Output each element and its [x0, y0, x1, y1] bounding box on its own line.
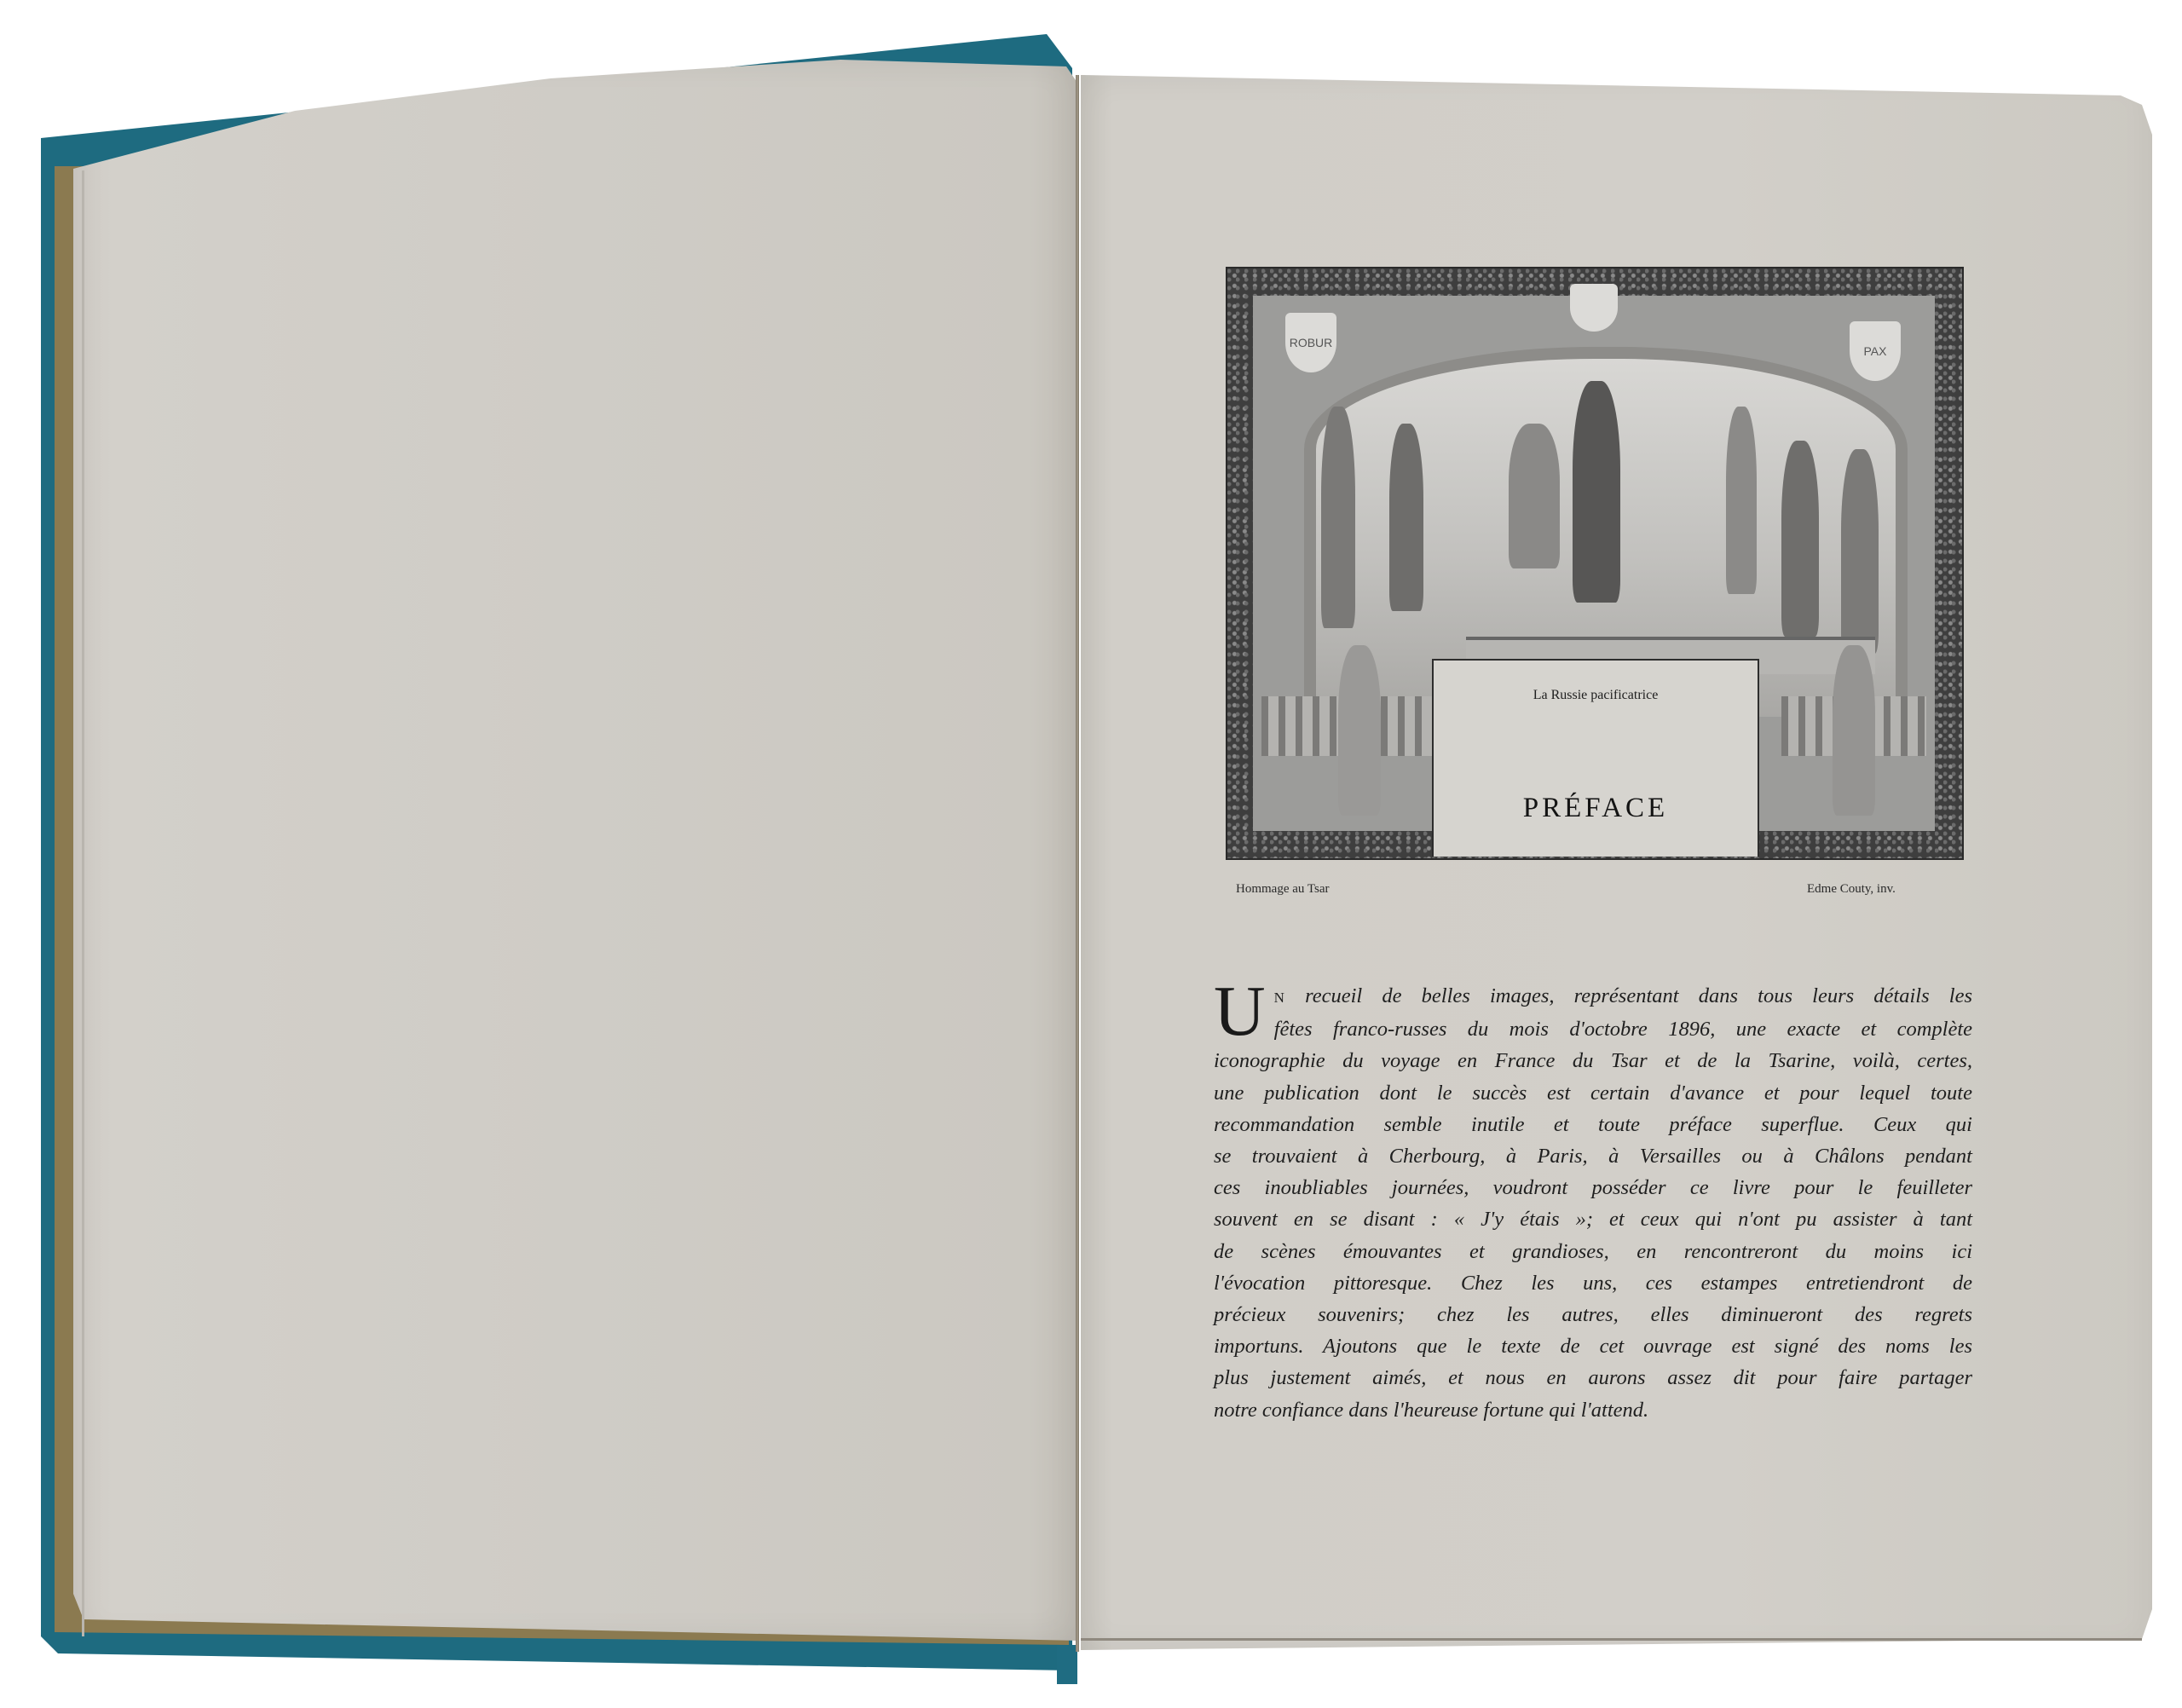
- left-page-edge: [82, 170, 84, 1636]
- illustration-caption: Hommage au Tsar: [1236, 882, 1329, 897]
- russia-figure: [1573, 381, 1620, 603]
- drop-cap: U: [1214, 982, 1266, 1042]
- crest-shield: [1570, 284, 1618, 332]
- text-line: importuns. Ajoutons que le texte de cet …: [1214, 1330, 1972, 1362]
- text-line: plus justement aimés, et nous en aurons …: [1214, 1362, 1972, 1394]
- shield-left: ROBUR: [1285, 313, 1336, 372]
- seated-figure: [1509, 424, 1560, 568]
- text-line: recommandation semble inutile et toute p…: [1214, 1109, 1972, 1140]
- right-page-deckled-edge: [1081, 1638, 2142, 1641]
- cartouche-subtitle: La Russie pacificatrice: [1434, 688, 1758, 703]
- book-gutter: [1076, 75, 1079, 1652]
- cherub-right: [1726, 407, 1757, 594]
- preface-text: U N recueil de belles images, représenta…: [1214, 980, 1972, 1426]
- artist-credit: Edme Couty, inv.: [1807, 882, 1896, 897]
- text-line: iconographie du voyage en France du Tsar…: [1214, 1045, 1972, 1076]
- text-line: se trouvaient à Cherbourg, à Paris, à Ve…: [1214, 1140, 1972, 1172]
- cherub-left-lower: [1338, 645, 1381, 816]
- text-line: une publication dont le succès est certa…: [1214, 1077, 1972, 1109]
- title-cartouche: La Russie pacificatrice PRÉFACE: [1432, 659, 1759, 857]
- text-line: l'évocation pittoresque. Chez les uns, c…: [1214, 1267, 1972, 1299]
- shield-right: PAX: [1850, 321, 1901, 381]
- left-page-blank: [73, 60, 1079, 1641]
- text-line: N recueil de belles images, représentant…: [1214, 980, 1972, 1013]
- book-cover-edge: [1057, 1645, 1077, 1684]
- text-line: précieux souvenirs; chez les autres, ell…: [1214, 1299, 1972, 1330]
- frontispiece-illustration: ROBUR PAX La Russie pacificatrice PRÉFAC…: [1227, 268, 1962, 858]
- text-line: ces inoubliables journées, voudront poss…: [1214, 1172, 1972, 1203]
- text-line: notre confiance dans l'heureuse fortune …: [1214, 1394, 1972, 1426]
- figure-left-2: [1389, 424, 1423, 611]
- figure-right-2: [1841, 449, 1879, 654]
- chapter-title: PRÉFACE: [1434, 793, 1758, 824]
- figure-right-1: [1781, 441, 1819, 637]
- cherub-trumpet: [1833, 645, 1875, 816]
- text-line: fêtes franco-russes du mois d'octobre 18…: [1214, 1013, 1972, 1045]
- figure-left-1: [1321, 407, 1355, 628]
- text-line: souvent en se disant : « J'y étais »; et…: [1214, 1203, 1972, 1235]
- text-line: de scènes émouvantes et grandioses, en r…: [1214, 1236, 1972, 1267]
